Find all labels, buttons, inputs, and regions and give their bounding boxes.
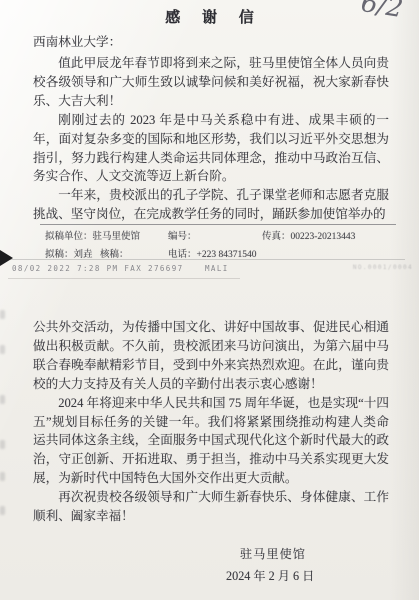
salutation: 西南林业大学： <box>33 33 121 52</box>
drafter-field: 拟稿：刘垚 <box>45 246 93 260</box>
reviewer-field: 核稿： <box>100 246 129 260</box>
paragraph-year-review: 刚刚过去的 2023 年是中马关系稳中有进、成果丰硕的一年，面对复杂多变的国际和… <box>33 111 389 187</box>
paragraph-greeting: 值此甲辰龙年春节即将到来之际，驻马里使馆全体人员向贵校各级领导和广大师生致以诚挚… <box>33 54 389 111</box>
signature: 驻马里使馆 <box>240 545 306 562</box>
paragraph-2024-outlook: 2024 年将迎来中华人民共和国 75 周年华诞，也是实现“十四五”规划目标任务… <box>33 394 389 489</box>
scanned-letter-page: 感 谢 信 6/2 西南林业大学： 值此甲辰龙年春节即将到来之际，驻马里使馆全体… <box>0 0 419 600</box>
phone-field: 电话：+223 84371540 <box>168 246 256 260</box>
scan-bleed-mark <box>0 395 5 404</box>
doc-number-field: 编号： <box>168 228 197 242</box>
scan-bleed-mark <box>0 472 5 481</box>
scan-bleed-mark <box>0 345 5 354</box>
letter-title: 感 谢 信 <box>0 6 419 27</box>
scan-artifact-triangle <box>0 250 13 266</box>
divider-line <box>8 259 405 260</box>
scan-bleed-mark <box>0 310 5 319</box>
drafting-unit-field: 拟稿单位：驻马里使馆 <box>45 228 140 242</box>
fax-stamp-line: 08/02 2022 7:28 PM FAX 276697 MALI NO.00… <box>12 264 413 276</box>
paragraph-confucius-teachers: 一年来，贵校派出的孔子学院、孔子课堂老师和志愿者克服挑战、坚守岗位，在完成教学任… <box>33 186 389 224</box>
scan-bleed-mark <box>0 440 5 449</box>
fax-stamp-datetime: 08/02 2022 7:28 PM FAX 276697 <box>12 264 184 273</box>
fax-header-strip: 拟稿单位：驻马里使馆 编号： 传真：00223-20213443 拟稿：刘垚 核… <box>40 224 396 261</box>
paragraph-public-diplomacy: 公共外交活动，为传播中国文化、讲好中国故事、促进民心相通做出积极贡献。不久前，贵… <box>33 318 389 394</box>
letter-date: 2024 年 2 月 6 日 <box>226 567 314 584</box>
scan-bleed-mark <box>0 506 5 515</box>
fax-number-field: 传真：00223-20213443 <box>262 228 355 242</box>
letter-body-part2: 公共外交活动，为传播中国文化、讲好中国故事、促进民心相通做出积极贡献。不久前，贵… <box>33 318 389 526</box>
fax-header-row-1: 拟稿单位：驻马里使馆 编号： 传真：00223-20213443 <box>40 225 396 243</box>
fax-stamp-page-counter: NO.0001/0004 <box>353 264 413 271</box>
fax-stamp-underline <box>8 278 240 279</box>
letter-body-part1: 值此甲辰龙年春节即将到来之际，驻马里使馆全体人员向贵校各级领导和广大师生致以诚挚… <box>33 54 389 224</box>
paragraph-closing-wishes: 再次祝贵校各级领导和广大师生新春快乐、身体健康、工作顺利、阖家幸福！ <box>33 488 389 526</box>
fax-stamp-location: MALI <box>205 264 229 273</box>
